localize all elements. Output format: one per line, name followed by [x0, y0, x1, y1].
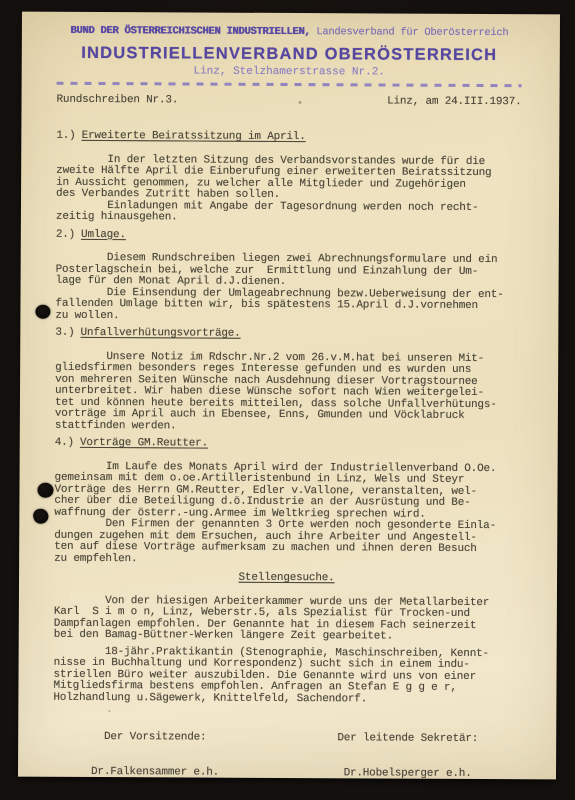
- signature-right: Der leitende Sekretär: Dr.Hobelsperger e…: [337, 710, 478, 800]
- section-umlage: 2.)Umlage. Diesem Rundschreiben liegen z…: [55, 229, 520, 324]
- organization-name: BUND DER ÖSTERREICHISCHEN INDUSTRIELLEN,: [70, 25, 310, 38]
- section-title: Erweiterte Beiratssitzung im April.: [82, 130, 306, 143]
- signature-left-name: Dr.Falkensammer e.h.: [91, 766, 219, 778]
- section-number: 3.): [55, 327, 74, 339]
- section-number: 4.): [55, 437, 74, 449]
- section-vortraege: 4.)Vorträge GM.Reutter. Im Laufe des Mon…: [54, 438, 520, 567]
- photo-background: BUND DER ÖSTERREICHISCHEN INDUSTRIELLEN,…: [0, 0, 575, 800]
- section-body: Diesem Rundschreiben liegen zwei Abrechn…: [55, 253, 520, 324]
- signature-block: Der Vorsitzende: Dr.Falkensammer e.h. De…: [53, 709, 518, 800]
- dashed-divider: [57, 82, 522, 87]
- section-beiratssitzung: 1.)Erweiterte Beiratssitzung im April. I…: [56, 131, 521, 226]
- organization-line: BUND DER ÖSTERREICHISCHEN INDUSTRIELLEN,…: [57, 25, 522, 39]
- section-number: 1.): [56, 130, 75, 142]
- section-body: Unsere Notiz im Rdschr.Nr.2 vom 26.v.M.h…: [55, 351, 520, 434]
- section-title: Umlage.: [81, 228, 126, 240]
- date-line: Linz, am 24.III.1937.: [387, 96, 521, 108]
- jobs-heading: Stellengesuche.: [54, 572, 519, 586]
- organization-subtitle: Landesverband für Oberösterreich: [310, 26, 508, 39]
- section-heading: 4.)Vorträge GM.Reutter.: [55, 438, 520, 452]
- section-title: Unfallverhütungsvorträge.: [81, 327, 241, 340]
- circular-number: Rundschreiben Nr.3.: [57, 94, 179, 106]
- section-heading: 3.)Unfallverhütungsvorträge.: [55, 328, 520, 342]
- document-page: BUND DER ÖSTERREICHISCHEN INDUSTRIELLEN,…: [18, 12, 560, 780]
- meta-row: Rundschreiben Nr.3. Linz, am 24.III.1937…: [57, 94, 522, 108]
- section-body: Im Laufe des Monats April wird der Indus…: [54, 461, 520, 567]
- section-title: Vorträge GM.Reutter.: [80, 437, 208, 450]
- jobs-heading-text: Stellengesuche.: [238, 572, 334, 585]
- section-heading: 1.)Erweiterte Beiratssitzung im April.: [56, 131, 521, 145]
- section-body: In der letzten Sitzung des Verbandsvorst…: [56, 154, 521, 225]
- section-unfallverhuetung: 3.)Unfallverhütungsvorträge. Unsere Noti…: [55, 328, 521, 434]
- section-heading: 2.)Umlage.: [56, 229, 521, 243]
- signature-right-title: Der leitende Sekretär:: [337, 733, 478, 745]
- page-content: BUND DER ÖSTERREICHISCHEN INDUSTRIELLEN,…: [18, 12, 560, 780]
- signature-right-name: Dr.Hobelsperger e.h.: [337, 768, 478, 780]
- section-number: 2.): [56, 228, 75, 240]
- signature-left: Der Vorsitzende: Dr.Falkensammer e.h.: [91, 709, 220, 800]
- jobs-paragraph-2: 18-jähr.Praktikantin (Stenographie, Masc…: [53, 646, 518, 706]
- signature-left-title: Der Vorsitzende:: [91, 732, 219, 744]
- page-title: INDUSTRIELLENVERBAND OBERÖSTERREICH: [57, 43, 522, 65]
- address-line: Linz, Stelzhamerstrasse Nr.2.: [57, 65, 522, 79]
- jobs-paragraph-1: Von der hiesigen Arbeiterkammer wurde un…: [54, 595, 519, 643]
